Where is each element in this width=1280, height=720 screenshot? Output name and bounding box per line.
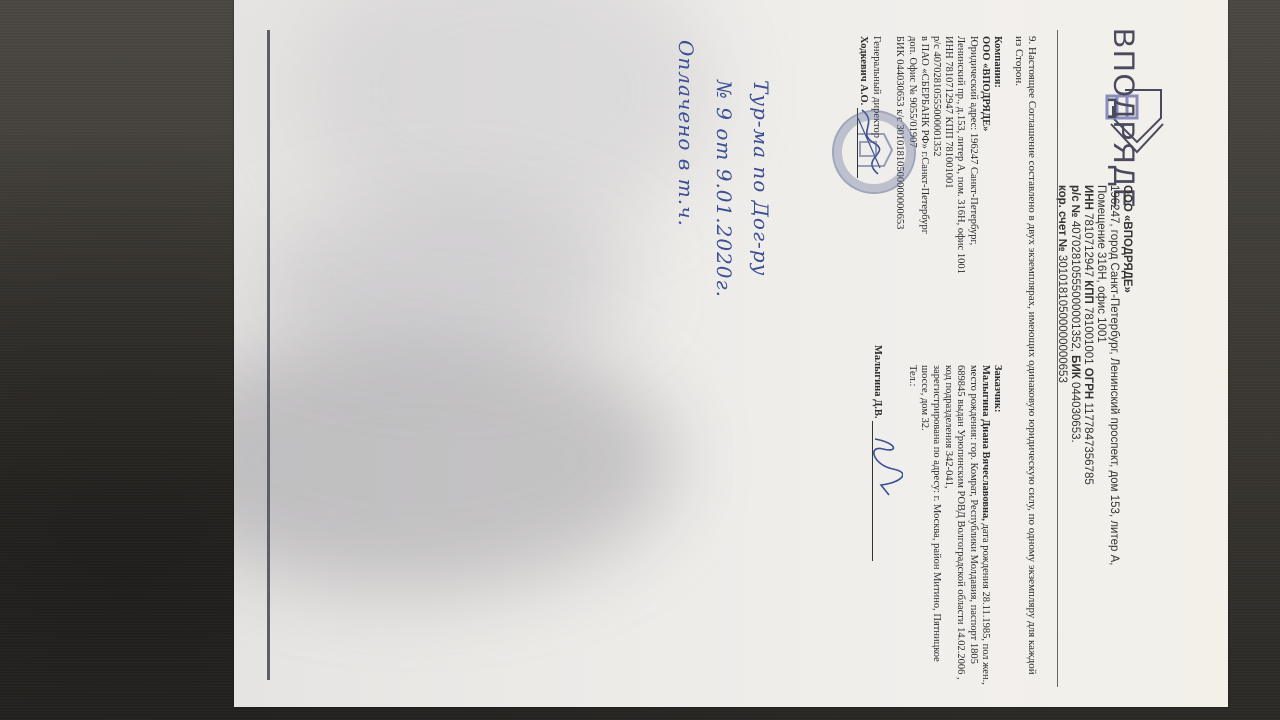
header-address-1: 196247, город Санкт-Петербург, Ленинский… [1107,185,1120,565]
company-line: Ленинский пр., д.153, литер А, пом. 316Н… [954,36,966,346]
company-name: ООО «ВПОДРЯДЕ» [979,36,991,346]
header-bank: р/с № 40702810555000001352, БИК 04403065… [1068,185,1081,565]
company-line: БИК 044030653 к/с 30101810500000000653 [893,36,905,346]
company-stamp [832,110,916,194]
customer-signer-name: Малыгина Д.В. [872,345,883,419]
handwritten-line-1: Тур-ма по Дог-ру [749,80,773,276]
company-details: Компания: ООО «ВПОДРЯДЕ» Юридический адр… [893,36,1003,346]
handwritten-line-3: Оплачено в т.ч. [674,40,698,227]
company-line: доп. Офис № 9055/01907 [905,36,917,346]
company-line: ИНН 7810712947 КПП 781001001 [942,36,954,346]
company-line: р/с 40702810555000001352 [930,36,942,346]
handwritten-line-2: № 9 от 9.01.2020г. [712,80,736,298]
document-page: ВПОДРЯДЕ ООО «ВПОДРЯДЕ» 196247, город Са… [234,0,1228,707]
company-header: ООО «ВПОДРЯДЕ» 196247, город Санкт-Петер… [1055,185,1133,565]
customer-heading: Заказчик: [991,365,1003,685]
customer-signature-block: Малыгина Д.В. [872,345,883,561]
header-address-2: Помещение 316Н, офис 1001 [1094,185,1107,565]
header-ids: ИНН 7810712947 КПП 781001001 ОГРН 117784… [1081,185,1094,565]
logo-wordmark: ВПОДРЯДЕ [1106,28,1140,210]
company-heading: Компания: [991,36,1003,346]
customer-name: Малыгина Диана Вячеславовна, [980,365,991,521]
director-name: Ходкевич А.О. [858,36,869,105]
stamp-house-icon [854,130,894,174]
customer-signature-scrawl [869,435,903,505]
header-divider [1057,30,1058,687]
company-line: в ПАО «СБЕРБАНК РФ» г.Санкт-Петербург [918,36,930,346]
clause-9: 9. Настоящее Соглашение составлено в дву… [1012,36,1038,676]
customer-details: Заказчик: Малыгина Диана Вячеславовна, д… [905,365,1003,685]
footer-rule [267,30,270,680]
header-company-name: ООО «ВПОДРЯДЕ» [1120,185,1133,565]
document-photo: ВПОДРЯДЕ ООО «ВПОДРЯДЕ» 196247, город Са… [234,0,1228,707]
customer-line: зарегистрирована по адресу: г. Москва, р… [918,365,942,685]
company-line: Юридический адрес: 196247 Санкт-Петербур… [966,36,978,346]
customer-signature-line [872,421,883,561]
customer-phone: Тел.: [905,365,917,685]
